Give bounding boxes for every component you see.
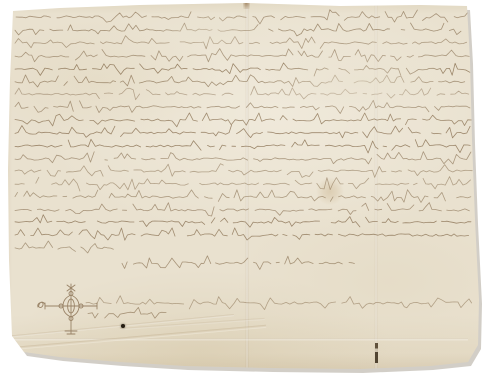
parchment-charter xyxy=(0,0,500,375)
script-line xyxy=(12,234,117,258)
script-line xyxy=(119,249,357,273)
notarial-sign-icon xyxy=(36,281,104,339)
ink-stain xyxy=(243,0,250,9)
photo-canvas xyxy=(0,0,500,375)
hole-puncture xyxy=(121,324,125,328)
seal-slit xyxy=(375,343,378,363)
